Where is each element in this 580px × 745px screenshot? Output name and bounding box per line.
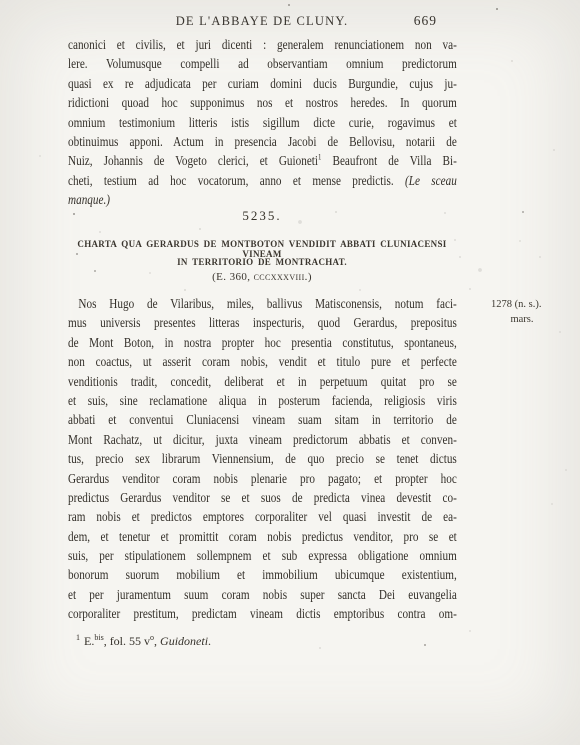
charter-source-reference: (E. 360, cccxxxviii.) (68, 271, 456, 283)
charter-number: 5235. (68, 208, 456, 224)
text-line: ram nobis et predictos emptores corporal… (68, 508, 457, 527)
footnote-source-superscript: bis (94, 633, 103, 642)
text-segment: Beaufront de Villa Bi- (321, 154, 456, 169)
text-line: Nos Hugo de Vilaribus, miles, ballivus M… (68, 295, 457, 314)
text-line: obtinuimus apponi. Actum in presencia Ja… (68, 133, 457, 152)
text-line: venditionis tradit, concedit, deliberat … (68, 373, 457, 392)
text-line: bonorum suorum mobilium et immobilium ub… (68, 566, 457, 585)
footnote-variant-name: Guidoneti (160, 634, 208, 648)
text-line: abbati et conventui Cluniacensi vineam s… (68, 411, 457, 430)
text-line: corporaliter prestitum, predictam vineam… (68, 605, 457, 624)
charter-title-line-1: CHARTA QUA GERARDUS DE MONTBOTON VENDIDI… (68, 239, 456, 259)
text-line: Mont Rachatz, ut dicitur, juxta vineam p… (68, 431, 457, 450)
text-line: Gerardus venditor coram nobis plenarie p… (68, 470, 457, 489)
text-line: non coactus, ut asserit coram nobis, ven… (68, 353, 457, 372)
text-line: suis, per stipulationem sollempnem et su… (68, 547, 457, 566)
text-line: quasi ex re adjudicata per curiam domini… (68, 75, 457, 94)
text-line: ridictioni quoad hoc supponimus nos et n… (68, 94, 457, 113)
text-line: tus, precio sex librarum Viennensium, de… (68, 450, 457, 469)
text-line: mus universis presentes litteras inspect… (68, 314, 457, 333)
footnote-folio: , fol. 55 v (104, 634, 150, 648)
text-line: cheti, testium ad hoc vocatorum, anno et… (68, 172, 457, 191)
page-number: 669 (397, 13, 437, 29)
footnote-period: . (208, 634, 211, 648)
text-line: dem, et tenetur et promittit coram nobis… (68, 528, 457, 547)
text-line: lere. Volumusque compelli ad observantia… (68, 55, 457, 74)
footnote-marker: 1 (76, 633, 80, 642)
footnote: 1E.bis, fol. 55 vo, Guidoneti. (68, 634, 464, 649)
footnote-source: E. (84, 634, 94, 648)
charter-title-line-2: IN TERRITORIO DE MONTRACHAT. (68, 257, 456, 267)
text-line: canonici et civilis, et juri dicenti : g… (68, 36, 457, 55)
text-line: omnium testimonium litteris istis sigill… (68, 114, 457, 133)
scanned-book-page: DE L'ABBAYE DE CLUNY. 669 canonici et ci… (0, 0, 580, 745)
editorial-note-segment: (Le sceau (405, 174, 457, 189)
text-line: predictus Gerardus venditor se et suos d… (68, 489, 457, 508)
text-line: de Mont Boton, in nostra propter hoc pre… (68, 334, 457, 353)
text-line: et suis, sine reclamatione aliqua in pos… (68, 392, 457, 411)
text-line: et per juramentum suum coram nobis super… (68, 586, 457, 605)
text-segment: cheti, testium ad hoc vocatorum, anno et… (68, 174, 405, 189)
paragraph-2: Nos Hugo de Vilaribus, miles, ballivus M… (68, 295, 554, 625)
text-line: Nuiz, Johannis de Vogeto clerici, et Gui… (68, 152, 457, 171)
text-segment: Nuiz, Johannis de Vogeto clerici, et Gui… (68, 154, 318, 169)
paragraph-1: canonici et civilis, et juri dicenti : g… (68, 36, 554, 211)
